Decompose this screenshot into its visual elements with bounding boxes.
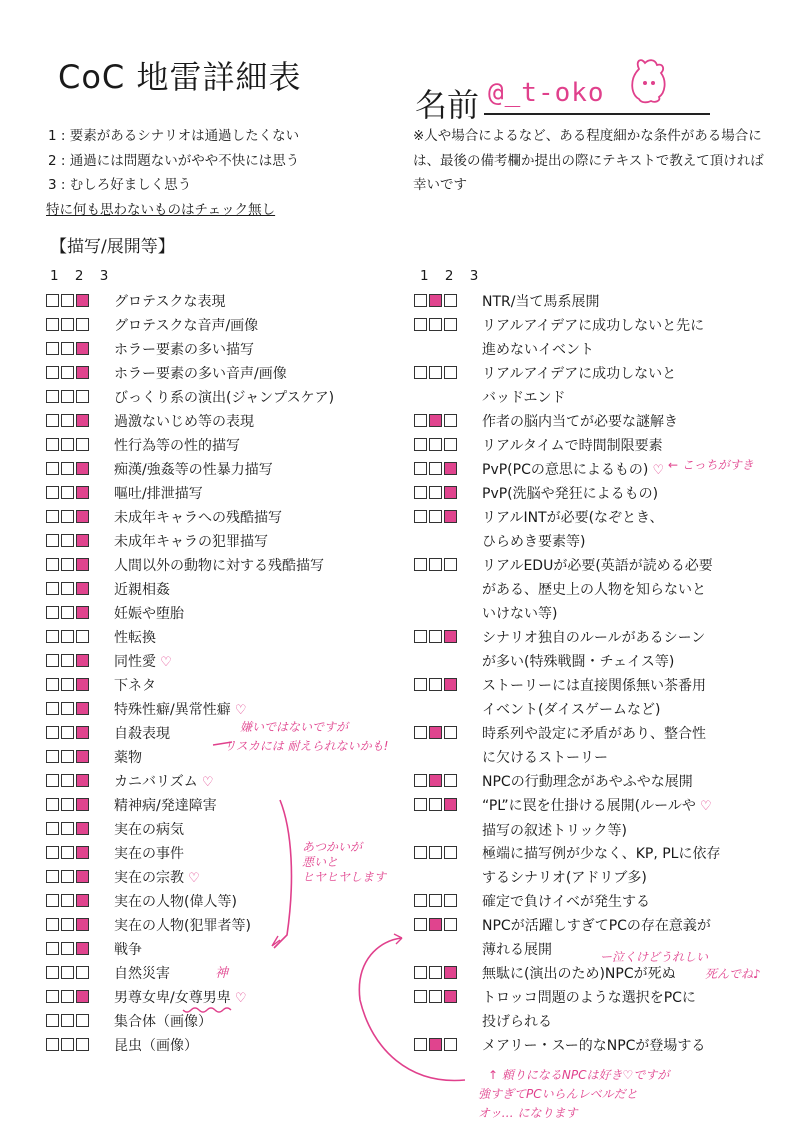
checklist-row: 戦争 [46, 938, 142, 962]
checkbox-1[interactable] [46, 678, 59, 691]
item-label: NPCの行動理念があやふやな展開 [482, 770, 693, 794]
checklist-row: 人間以外の動物に対する残酷描写 [46, 554, 324, 578]
checkbox-2[interactable] [429, 894, 442, 907]
checkbox-2[interactable] [429, 1038, 442, 1051]
checklist-row: グロテスクな表現 [46, 290, 225, 314]
checkbox-3[interactable] [76, 942, 89, 955]
checkbox-3[interactable] [76, 318, 89, 331]
checkbox-3[interactable] [444, 678, 457, 691]
checkbox-2[interactable] [61, 702, 74, 715]
checklist-row: 過激ないじめ等の表現 [46, 410, 254, 434]
checkbox-1[interactable] [46, 462, 59, 475]
checkbox-3[interactable] [76, 678, 89, 691]
checkbox-group [414, 894, 474, 907]
item-label: リアルタイムで時間制限要素 [482, 434, 663, 458]
item-label: 極端に描写例が少なく、KP, PLに依存するシナリオ(アドリブ多) [482, 842, 721, 890]
item-label: 嘔吐/排泄描写 [114, 482, 203, 506]
checklist-row: 実在の人物(犯罪者等) [46, 914, 251, 938]
checkbox-1[interactable] [46, 534, 59, 547]
checkbox-3[interactable] [444, 894, 457, 907]
checkbox-2[interactable] [429, 366, 442, 379]
item-label: 精神病/発達障害 [114, 794, 217, 818]
checkbox-2[interactable] [61, 366, 74, 379]
checkbox-3[interactable] [76, 726, 89, 739]
checklist-row: 同性愛 ♡ [46, 650, 172, 675]
checklist-row: NPCの行動理念があやふやな展開 [414, 770, 693, 794]
checklist-row: 特殊性癖/異常性癖 ♡ [46, 698, 247, 723]
checkbox-3[interactable] [444, 486, 457, 499]
checkbox-3[interactable] [444, 630, 457, 643]
checkbox-2[interactable] [429, 798, 442, 811]
legend-item-2: 2 : 通過には問題ないがやや不快には思う [48, 149, 299, 174]
checkbox-1[interactable] [46, 702, 59, 715]
checkbox-2[interactable] [61, 822, 74, 835]
checkbox-1[interactable] [414, 318, 427, 331]
checkbox-3[interactable] [76, 774, 89, 787]
item-label: 男尊女卑/女尊男卑 ♡ [114, 986, 247, 1011]
checklist-row: 極端に描写例が少なく、KP, PLに依存するシナリオ(アドリブ多) [414, 842, 721, 890]
checkbox-1[interactable] [46, 894, 59, 907]
checkbox-1[interactable] [46, 726, 59, 739]
checklist-row: 男尊女卑/女尊男卑 ♡ [46, 986, 247, 1011]
checkbox-1[interactable] [414, 558, 427, 571]
checklist-row: リアルEDUが必要(英語が読める必要がある、歴史上の人物を知らないといけない等) [414, 554, 713, 626]
checkbox-3[interactable] [76, 798, 89, 811]
checkbox-3[interactable] [76, 750, 89, 763]
checkbox-group [414, 726, 474, 739]
note-real: あつかいが 悪いと ヒヤヒヤします [302, 840, 386, 885]
checkbox-3[interactable] [76, 558, 89, 571]
checkbox-1[interactable] [414, 918, 427, 931]
checkbox-3[interactable] [76, 918, 89, 931]
checkbox-2[interactable] [61, 582, 74, 595]
checkbox-1[interactable] [414, 630, 427, 643]
checklist-row: カニバリズム ♡ [46, 770, 214, 795]
note-pvp: ← こっちがすき [668, 458, 754, 473]
checklist-row: トロッコ問題のような選択をPCに投げられる [414, 986, 696, 1034]
checklist-row: 昆虫（画像） [46, 1034, 198, 1058]
checkbox-3[interactable] [76, 462, 89, 475]
checkbox-2[interactable] [61, 414, 74, 427]
item-label: シナリオ独自のルールがあるシーンが多い(特殊戦闘・チェイス等) [482, 626, 705, 674]
checkbox-1[interactable] [414, 678, 427, 691]
checkbox-group [46, 342, 106, 355]
checkbox-3[interactable] [444, 294, 457, 307]
checkbox-group [46, 462, 106, 475]
checkbox-group [46, 366, 106, 379]
item-label: グロテスクな音声/画像 [114, 314, 258, 338]
checklist-row: PvP(PCの意思によるもの) ♡ [414, 458, 664, 483]
checklist-row: 薬物 [46, 746, 142, 770]
checklist-row: 作者の脳内当てが必要な謎解き [414, 410, 678, 434]
checkbox-2[interactable] [429, 990, 442, 1003]
item-label: 未成年キャラの犯罪描写 [114, 530, 268, 554]
checklist-row: 実在の宗教 ♡ [46, 866, 200, 891]
checkbox-2[interactable] [429, 486, 442, 499]
checkbox-1[interactable] [414, 486, 427, 499]
checkbox-2[interactable] [61, 390, 74, 403]
checkbox-1[interactable] [46, 294, 59, 307]
checklist-row: 自然災害 [46, 962, 170, 986]
checkbox-1[interactable] [414, 294, 427, 307]
note-suicide: 嫌いではないですが リスカには 耐えられないかも! [240, 720, 388, 754]
checklist-row: 未成年キャラの犯罪描写 [46, 530, 268, 554]
checkbox-group [46, 318, 106, 331]
checkbox-1[interactable] [46, 438, 59, 451]
checkbox-3[interactable] [444, 726, 457, 739]
checkbox-3[interactable] [76, 414, 89, 427]
checkbox-group [414, 846, 474, 859]
checklist-row: リアルタイムで時間制限要素 [414, 434, 663, 458]
checkbox-1[interactable] [46, 966, 59, 979]
checkbox-1[interactable] [46, 390, 59, 403]
item-label: 昆虫（画像） [114, 1034, 198, 1058]
checkbox-3[interactable] [444, 846, 457, 859]
checkbox-3[interactable] [76, 438, 89, 451]
checkbox-2[interactable] [429, 510, 442, 523]
checkbox-2[interactable] [61, 534, 74, 547]
checkbox-group [46, 390, 106, 403]
checkbox-3[interactable] [444, 966, 457, 979]
item-label: 確定で負けイベが発生する [482, 890, 650, 914]
item-label: リアルEDUが必要(英語が読める必要がある、歴史上の人物を知らないといけない等) [482, 554, 713, 626]
checkbox-1[interactable] [46, 822, 59, 835]
checkbox-1[interactable] [414, 774, 427, 787]
checkbox-3[interactable] [444, 798, 457, 811]
checklist-row: 近親相姦 [46, 578, 170, 602]
checkbox-3[interactable] [76, 630, 89, 643]
item-label: PvP(洗脳や発狂によるもの) [482, 482, 658, 506]
checkbox-group [414, 366, 474, 379]
checklist-row: リアルINTが必要(なぞとき、ひらめき要素等) [414, 506, 664, 554]
item-label: 妊娠や堕胎 [114, 602, 184, 626]
checkbox-2[interactable] [61, 558, 74, 571]
checkbox-2[interactable] [61, 630, 74, 643]
item-label: 特殊性癖/異常性癖 ♡ [114, 698, 247, 723]
checklist-row: 確定で負けイベが発生する [414, 890, 650, 914]
checkbox-2[interactable] [61, 510, 74, 523]
checkbox-group [46, 534, 106, 547]
checkbox-1[interactable] [46, 1038, 59, 1051]
checkbox-1[interactable] [414, 438, 427, 451]
checkbox-1[interactable] [46, 558, 59, 571]
checkbox-3[interactable] [444, 558, 457, 571]
checkbox-group [46, 918, 106, 931]
checkbox-2[interactable] [429, 558, 442, 571]
checkbox-3[interactable] [444, 774, 457, 787]
item-label: リアルINTが必要(なぞとき、ひらめき要素等) [482, 506, 664, 554]
checkbox-2[interactable] [429, 438, 442, 451]
checkbox-3[interactable] [76, 1014, 89, 1027]
item-label: 実在の事件 [114, 842, 184, 866]
checklist-row: 実在の事件 [46, 842, 184, 866]
checkbox-2[interactable] [61, 846, 74, 859]
item-label: 実在の病気 [114, 818, 184, 842]
legend-item-1: 1 : 要素があるシナリオは通過したくない [48, 124, 299, 149]
checkbox-group [414, 678, 474, 691]
checkbox-2[interactable] [61, 342, 74, 355]
checklist-row: メアリー・スー的なNPCが登場する [414, 1034, 705, 1058]
section-title: 【描写/展開等】 [50, 232, 175, 257]
item-label: ホラー要素の多い描写 [114, 338, 254, 362]
checkbox-group [46, 846, 106, 859]
checklist-row: 性行為等の性的描写 [46, 434, 240, 458]
checklist-row: 性転換 [46, 626, 156, 650]
checkbox-3[interactable] [444, 918, 457, 931]
checkbox-group [414, 558, 474, 571]
checkbox-2[interactable] [61, 1038, 74, 1051]
checkbox-3[interactable] [444, 462, 457, 475]
checkbox-2[interactable] [61, 318, 74, 331]
checkbox-3[interactable] [444, 510, 457, 523]
item-label: 近親相姦 [114, 578, 170, 602]
item-label: リアルアイデアに成功しないとバッドエンド [482, 362, 676, 410]
checkbox-1[interactable] [414, 846, 427, 859]
checkbox-group [46, 1014, 106, 1027]
heart-icon: ♡ [648, 463, 664, 478]
checkbox-2[interactable] [429, 630, 442, 643]
legend-item-3: 3 : むしろ好ましく思う [48, 173, 299, 198]
checkbox-1[interactable] [414, 462, 427, 475]
item-label: 性転換 [114, 626, 156, 650]
checkbox-group [46, 606, 106, 619]
note-npc-strong: ↑ 頼りになるNPCは好き♡ですが 強すぎてPCいらんレベルだと オッ… になり… [488, 1066, 669, 1123]
checkbox-3[interactable] [76, 486, 89, 499]
checkbox-2[interactable] [429, 462, 442, 475]
checkbox-1[interactable] [46, 606, 59, 619]
checklist-row: 下ネタ [46, 674, 156, 698]
checkbox-3[interactable] [76, 846, 89, 859]
checklist-row: 実在の病気 [46, 818, 184, 842]
checkbox-2[interactable] [429, 678, 442, 691]
checkbox-3[interactable] [76, 510, 89, 523]
checkbox-3[interactable] [76, 582, 89, 595]
checkbox-3[interactable] [76, 390, 89, 403]
checkbox-2[interactable] [429, 846, 442, 859]
checkbox-2[interactable] [429, 318, 442, 331]
checkbox-2[interactable] [429, 294, 442, 307]
checkbox-group [414, 414, 474, 427]
checkbox-2[interactable] [429, 726, 442, 739]
item-label: 戦争 [114, 938, 142, 962]
item-label: 集合体（画像） [114, 1010, 212, 1034]
checklist-row: PvP(洗脳や発狂によるもの) [414, 482, 658, 506]
checklist-row: 未成年キャラへの残酷描写 [46, 506, 282, 530]
checkbox-2[interactable] [61, 294, 74, 307]
checkbox-2[interactable] [61, 990, 74, 1003]
checkbox-2[interactable] [61, 438, 74, 451]
checkbox-1[interactable] [414, 894, 427, 907]
heart-icon: ♡ [184, 871, 200, 886]
item-label: 自殺表現 [114, 722, 170, 746]
checkbox-3[interactable] [444, 318, 457, 331]
checkbox-group [46, 774, 106, 787]
checkbox-1[interactable] [46, 366, 59, 379]
checkbox-group [46, 870, 106, 883]
checklist-row: 集合体（画像） [46, 1010, 212, 1034]
checkbox-group [46, 510, 106, 523]
checkbox-group [46, 702, 106, 715]
note-npc-death: ー泣くけどうれしい 死んでね♪ [600, 950, 761, 982]
checkbox-3[interactable] [76, 654, 89, 667]
checkbox-1[interactable] [46, 630, 59, 643]
checklist-row: グロテスクな音声/画像 [46, 314, 258, 338]
checkbox-1[interactable] [46, 990, 59, 1003]
checklist-row: ホラー要素の多い音声/画像 [46, 362, 287, 386]
checkbox-1[interactable] [414, 366, 427, 379]
checklist-row: 実在の人物(偉人等) [46, 890, 237, 914]
item-label: 過激ないじめ等の表現 [114, 410, 254, 434]
checkbox-2[interactable] [429, 774, 442, 787]
checkbox-2[interactable] [61, 1014, 74, 1027]
checkbox-1[interactable] [46, 870, 59, 883]
checkbox-group [414, 486, 474, 499]
note-god: 神 [215, 966, 228, 981]
checkbox-3[interactable] [444, 438, 457, 451]
checkbox-2[interactable] [429, 918, 442, 931]
checkbox-3[interactable] [444, 1038, 457, 1051]
checkbox-3[interactable] [76, 966, 89, 979]
checkbox-1[interactable] [414, 726, 427, 739]
checkbox-2[interactable] [61, 870, 74, 883]
heart-icon: ♡ [156, 655, 172, 670]
checkbox-1[interactable] [46, 1014, 59, 1027]
checkbox-group [46, 582, 106, 595]
item-label: 薬物 [114, 746, 142, 770]
item-label: 作者の脳内当てが必要な謎解き [482, 410, 678, 434]
checklist-row: ホラー要素の多い描写 [46, 338, 254, 362]
name-underline [484, 113, 710, 115]
checkbox-1[interactable] [46, 510, 59, 523]
checkbox-3[interactable] [76, 534, 89, 547]
checkbox-3[interactable] [76, 342, 89, 355]
checkbox-group [46, 1038, 106, 1051]
checklist-row: 妊娠や堕胎 [46, 602, 184, 626]
checkbox-1[interactable] [414, 510, 427, 523]
checkbox-group [414, 630, 474, 643]
checkbox-2[interactable] [61, 774, 74, 787]
checkbox-3[interactable] [76, 606, 89, 619]
checkbox-group [46, 486, 106, 499]
item-label: “PL”に罠を仕掛ける展開(ルールや ♡描写の叙述トリック等) [482, 794, 712, 843]
checklist-row: リアルアイデアに成功しないと先に進めないイベント [414, 314, 704, 362]
checkbox-3[interactable] [76, 894, 89, 907]
name-label: 名前 [415, 80, 479, 126]
checkbox-1[interactable] [414, 1038, 427, 1051]
checkbox-1[interactable] [46, 486, 59, 499]
checkbox-group [414, 918, 474, 931]
checkbox-1[interactable] [46, 654, 59, 667]
checkbox-group [46, 630, 106, 643]
checkbox-1[interactable] [46, 918, 59, 931]
checkbox-group [46, 438, 106, 451]
checkbox-2[interactable] [61, 966, 74, 979]
checkbox-group [46, 726, 106, 739]
checkbox-group [414, 510, 474, 523]
checkbox-2[interactable] [61, 798, 74, 811]
checkbox-2[interactable] [429, 414, 442, 427]
item-label: 未成年キャラへの残酷描写 [114, 506, 282, 530]
checkbox-group [414, 438, 474, 451]
checkbox-group [46, 990, 106, 1003]
checkbox-group [414, 798, 474, 811]
checkbox-3[interactable] [76, 870, 89, 883]
checkbox-1[interactable] [414, 966, 427, 979]
checkbox-group [46, 294, 106, 307]
checkbox-3[interactable] [76, 1038, 89, 1051]
checkbox-3[interactable] [76, 702, 89, 715]
checkbox-2[interactable] [429, 966, 442, 979]
checkbox-1[interactable] [46, 414, 59, 427]
checklist-row: “PL”に罠を仕掛ける展開(ルールや ♡描写の叙述トリック等) [414, 794, 712, 843]
checkbox-group [414, 294, 474, 307]
checkbox-2[interactable] [61, 678, 74, 691]
checkbox-2[interactable] [61, 654, 74, 667]
checkbox-1[interactable] [46, 798, 59, 811]
checkbox-1[interactable] [414, 990, 427, 1003]
checkbox-3[interactable] [76, 294, 89, 307]
checkbox-1[interactable] [46, 582, 59, 595]
checkbox-group [414, 774, 474, 787]
checkbox-1[interactable] [414, 414, 427, 427]
checkbox-2[interactable] [61, 486, 74, 499]
checkbox-1[interactable] [46, 750, 59, 763]
checkbox-1[interactable] [46, 774, 59, 787]
checkbox-group [46, 414, 106, 427]
checkbox-2[interactable] [61, 462, 74, 475]
item-label: リアルアイデアに成功しないと先に進めないイベント [482, 314, 704, 362]
checkbox-2[interactable] [61, 726, 74, 739]
checkbox-group [46, 966, 106, 979]
checkbox-1[interactable] [414, 798, 427, 811]
checkbox-1[interactable] [46, 342, 59, 355]
item-label: ホラー要素の多い音声/画像 [114, 362, 287, 386]
checklist-row: 精神病/発達障害 [46, 794, 217, 818]
right-column-header: 1 2 3 [420, 268, 484, 284]
name-field[interactable]: @_t-oko [488, 78, 605, 108]
checkbox-2[interactable] [61, 750, 74, 763]
checkbox-2[interactable] [61, 894, 74, 907]
checkbox-2[interactable] [61, 918, 74, 931]
item-label: NTR/当て馬系展開 [482, 290, 599, 314]
item-label: トロッコ問題のような選択をPCに投げられる [482, 986, 696, 1034]
checkbox-1[interactable] [46, 318, 59, 331]
item-label: 痴漢/強姦等の性暴力描写 [114, 458, 273, 482]
checkbox-3[interactable] [444, 990, 457, 1003]
checkbox-3[interactable] [444, 414, 457, 427]
legend: 1 : 要素があるシナリオは通過したくない 2 : 通過には問題ないがやや不快に… [48, 124, 299, 222]
checkbox-1[interactable] [46, 942, 59, 955]
checkbox-3[interactable] [76, 990, 89, 1003]
item-label: 時系列や設定に矛盾があり、整合性に欠けるストーリー [482, 722, 706, 770]
checkbox-3[interactable] [76, 366, 89, 379]
item-label: PvP(PCの意思によるもの) ♡ [482, 458, 664, 483]
checkbox-3[interactable] [76, 822, 89, 835]
checkbox-2[interactable] [61, 942, 74, 955]
mascot-doodle-icon [625, 55, 673, 107]
checklist-row: ストーリーには直接関係無い茶番用イベント(ダイスゲームなど) [414, 674, 706, 722]
checkbox-group [46, 798, 106, 811]
checkbox-group [414, 990, 474, 1003]
item-label: 実在の人物(偉人等) [114, 890, 237, 914]
heart-icon: ♡ [231, 703, 247, 718]
checkbox-1[interactable] [46, 846, 59, 859]
item-label: 実在の人物(犯罪者等) [114, 914, 251, 938]
checkbox-2[interactable] [61, 606, 74, 619]
item-label: 人間以外の動物に対する残酷描写 [114, 554, 324, 578]
checkbox-group [46, 750, 106, 763]
checkbox-3[interactable] [444, 366, 457, 379]
